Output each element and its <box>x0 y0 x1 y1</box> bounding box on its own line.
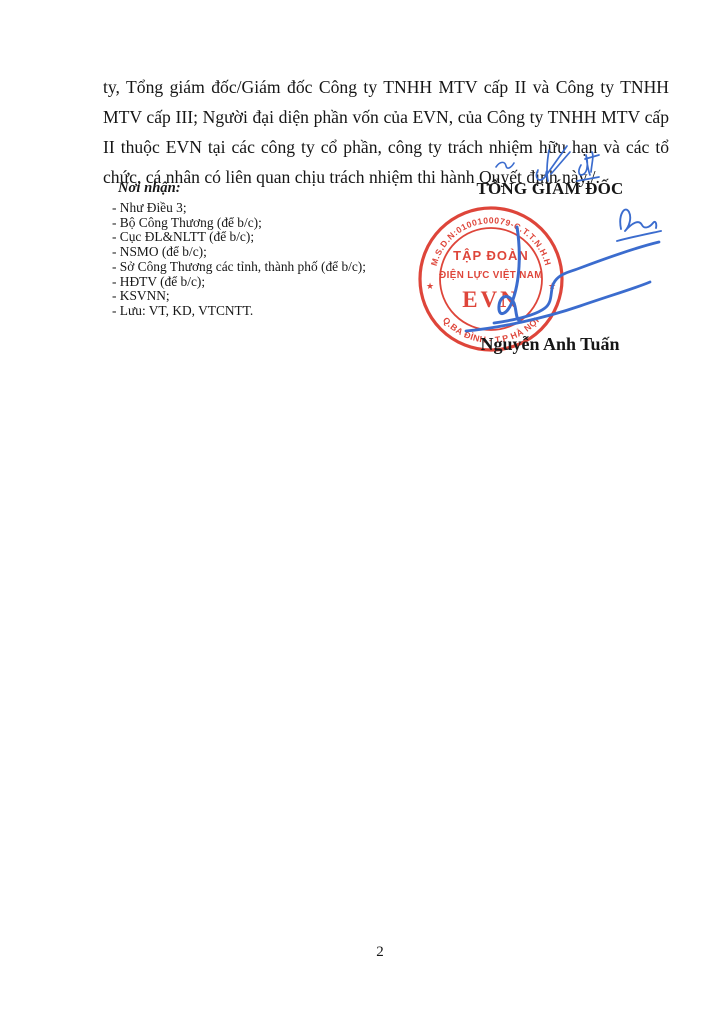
recipient-item: - Bộ Công Thương (để b/c); <box>112 216 422 231</box>
body-paragraph: ty, Tổng giám đốc/Giám đốc Công ty TNHH … <box>103 72 669 192</box>
seal-star-left-icon: ★ <box>426 281 434 291</box>
recipients-block: Nơi nhận: - Như Điều 3; - Bộ Công Thương… <box>112 180 422 319</box>
recipient-item: - HĐTV (để b/c); <box>112 275 422 290</box>
seal-star-right-icon: ★ <box>548 281 556 291</box>
seal-text-line3: EVN <box>462 287 520 312</box>
document-page: ty, Tổng giám đốc/Giám đốc Công ty TNHH … <box>0 0 724 1024</box>
page-number: 2 <box>30 944 724 961</box>
seal-text-line2: ĐIỆN LỰC VIỆT NAM <box>439 269 543 281</box>
recipient-item: - Sở Công Thương các tỉnh, thành phố (để… <box>112 260 422 275</box>
recipient-item: - Như Điều 3; <box>112 201 422 216</box>
signer-name: Nguyễn Anh Tuấn <box>430 334 670 355</box>
signatory-title: TỔNG GIÁM ĐỐC <box>430 179 670 199</box>
recipients-heading: Nơi nhận: <box>118 180 422 197</box>
seal-text-line1: TẬP ĐOÀN <box>453 248 529 263</box>
recipient-item: - NSMO (để b/c); <box>112 245 422 260</box>
recipient-item: - Cục ĐL&NLTT (để b/c); <box>112 230 422 245</box>
recipient-item: - Lưu: VT, KD, VTCNTT. <box>112 304 422 319</box>
evn-company-seal: M.S.D.N:0100100079-C.T.T.N.H.H Q.BA ĐÌNH… <box>415 203 567 355</box>
signature-paraph-lau <box>620 210 656 231</box>
recipient-item: - KSVNN; <box>112 289 422 304</box>
signature-paraph-underline <box>617 231 661 241</box>
